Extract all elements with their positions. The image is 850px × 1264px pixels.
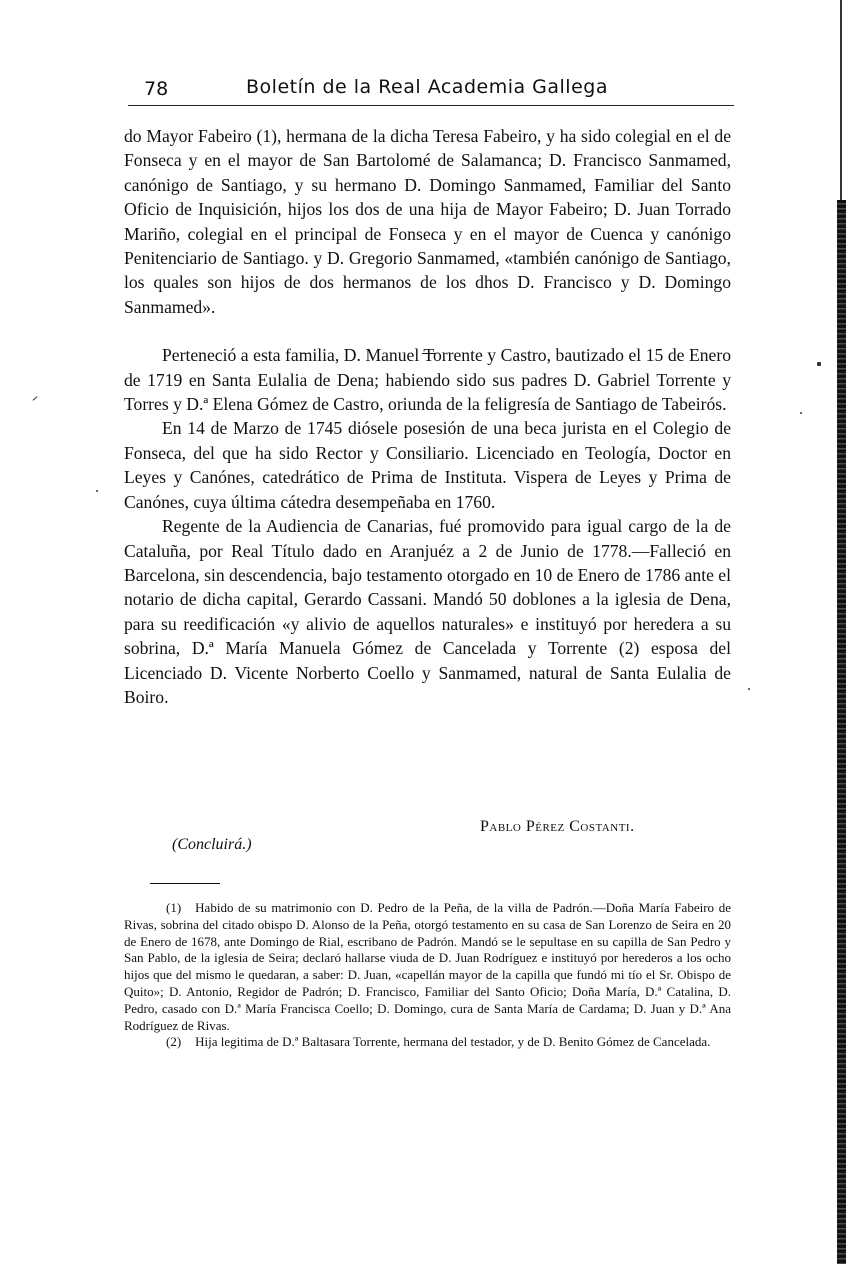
footnote-text: Habido de su matrimonio con D. Pedro de … xyxy=(124,900,731,1033)
scan-edge-line xyxy=(840,0,842,200)
footnote-1: (1)Habido de su matrimonio con D. Pedro … xyxy=(124,900,731,1034)
paragraph-3: En 14 de Marzo de 1745 diósele posesión … xyxy=(124,416,731,514)
section-separator xyxy=(422,353,436,354)
scan-speck xyxy=(96,490,98,492)
scan-speck xyxy=(32,396,37,401)
running-title: Boletín de la Real Academia Gallega xyxy=(246,76,608,98)
footnotes: (1)Habido de su matrimonio con D. Pedro … xyxy=(124,900,731,1051)
to-be-continued-note: (Concluirá.) xyxy=(172,836,252,854)
author-signature: Pablo Pérez Costanti. xyxy=(480,818,635,836)
body-text: do Mayor Fabeiro (1), hermana de la dich… xyxy=(124,124,731,709)
scan-speck xyxy=(748,688,750,690)
paragraph-4: Regente de la Audiencia de Canarias, fué… xyxy=(124,514,731,709)
page-header: 78 Boletín de la Real Academia Gallega xyxy=(128,76,734,106)
header-rule xyxy=(128,105,734,106)
footnote-text: Hija legitima de D.ª Baltasara Torrente,… xyxy=(195,1034,710,1049)
paragraph-1: do Mayor Fabeiro (1), hermana de la dich… xyxy=(124,124,731,319)
scan-speck xyxy=(800,412,802,414)
paragraph-2: Perteneció a esta familia, D. Manuel Tor… xyxy=(124,343,731,416)
footnote-mark: (1) xyxy=(166,900,181,915)
footnote-mark: (2) xyxy=(166,1034,181,1049)
document-page: 78 Boletín de la Real Academia Gallega d… xyxy=(0,0,850,1264)
scan-edge-shadow xyxy=(837,200,846,1264)
footnote-2: (2)Hija legitima de D.ª Baltasara Torren… xyxy=(124,1034,731,1051)
section-gap xyxy=(124,319,731,343)
page-number: 78 xyxy=(144,78,168,100)
scan-speck xyxy=(817,362,821,366)
footnote-rule xyxy=(150,883,220,884)
